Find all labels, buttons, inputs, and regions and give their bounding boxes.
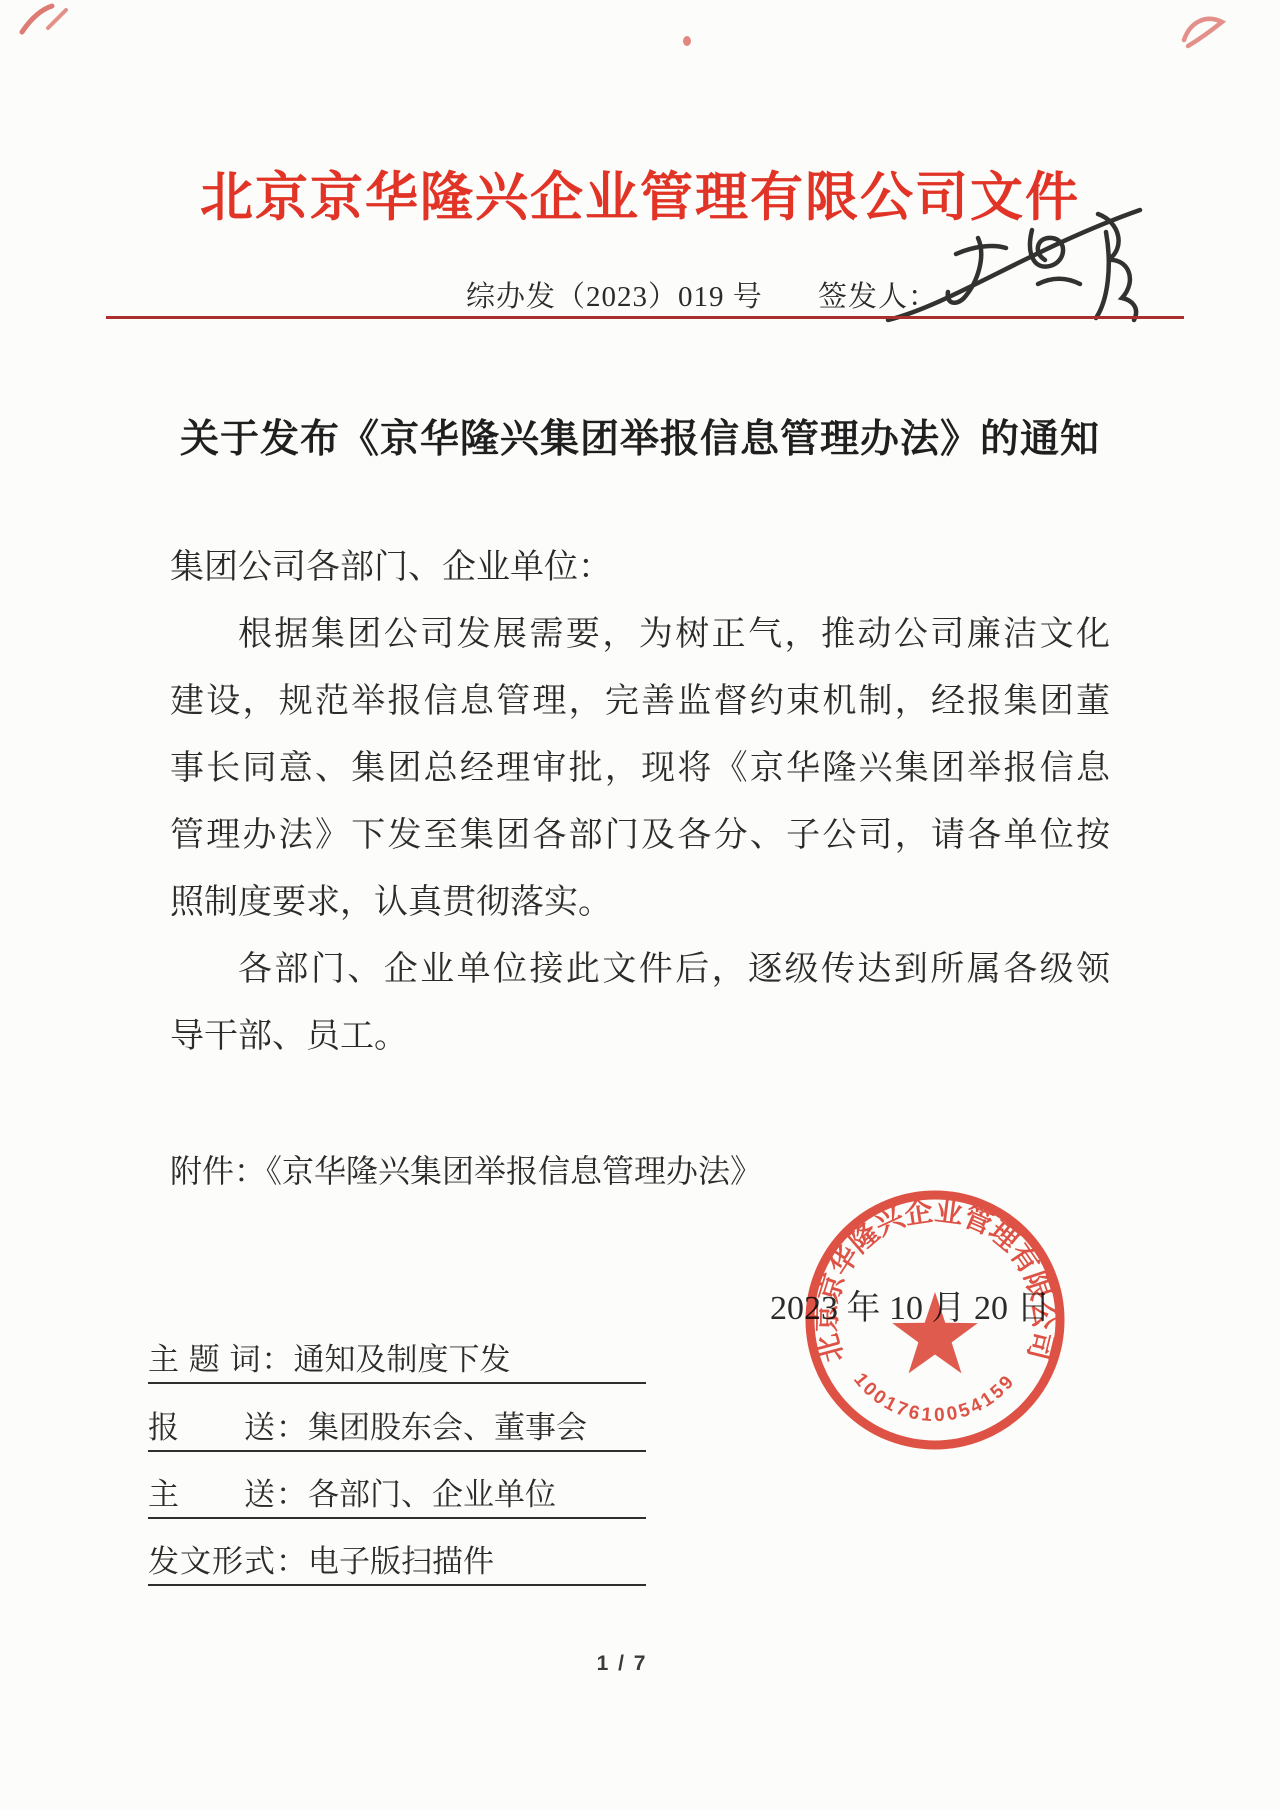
body-line: 建设，规范举报信息管理，完善监督约束机制，经报集团董	[170, 668, 1110, 735]
company-seal: 北京京华隆兴企业管理有限公司 10017610054159	[795, 1180, 1075, 1460]
scan-mark-dot	[683, 36, 691, 46]
field-report-to: 报 送：集团股东会、董事会	[148, 1406, 646, 1452]
field-label: 发文形式：	[148, 1544, 308, 1579]
field-label: 主 送：	[148, 1477, 308, 1512]
body-line: 各部门、企业单位接此文件后，逐级传达到所属各级领	[170, 936, 1110, 1003]
field-value: 集团股东会、董事会	[308, 1410, 587, 1445]
issuer-signature	[882, 196, 1152, 346]
field-dispatch-form: 发文形式：电子版扫描件	[148, 1540, 646, 1586]
doc-number: 综办发（2023）019 号	[466, 274, 763, 315]
body-line: 根据集团公司发展需要，为树正气，推动公司廉洁文化	[170, 601, 1110, 668]
field-value: 电子版扫描件	[308, 1544, 494, 1579]
body-text: 集团公司各部门、企业单位： 根据集团公司发展需要，为树正气，推动公司廉洁文化 建…	[170, 534, 1110, 1070]
body-line: 管理办法》下发至集团各部门及各分、子公司，请各单位按	[170, 802, 1110, 869]
field-label: 报 送：	[148, 1410, 308, 1445]
field-value: 各部门、企业单位	[308, 1477, 556, 1512]
svg-text:10017610054159: 10017610054159	[849, 1369, 1018, 1426]
body-line: 导干部、员工。	[170, 1003, 1110, 1070]
field-subject-words: 主 题 词：通知及制度下发	[148, 1338, 646, 1384]
scan-mark-top-right	[1178, 10, 1234, 54]
seal-star	[892, 1292, 978, 1373]
field-main-send: 主 送：各部门、企业单位	[148, 1473, 646, 1519]
body-line: 照制度要求，认真贯彻落实。	[170, 869, 1110, 936]
body-line: 事长同意、集团总经理审批，现将《京华隆兴集团举报信息	[170, 735, 1110, 802]
field-label: 主 题 词：	[148, 1342, 294, 1377]
field-value: 通知及制度下发	[294, 1342, 511, 1377]
scanned-document-page: { "page": { "page_number": "1 / 7" }, "h…	[0, 0, 1280, 1810]
attachment-line: 附件：《京华隆兴集团举报信息管理办法》	[170, 1146, 762, 1192]
seal-serial-number: 10017610054159	[849, 1369, 1018, 1426]
body-line: 集团公司各部门、企业单位：	[170, 534, 1110, 601]
page-number: 1 / 7	[0, 1652, 1244, 1676]
subject-title: 关于发布《京华隆兴集团举报信息管理办法》的通知	[0, 408, 1280, 464]
scan-mark-top-left	[16, 2, 76, 42]
red-header-rule	[106, 316, 1184, 319]
